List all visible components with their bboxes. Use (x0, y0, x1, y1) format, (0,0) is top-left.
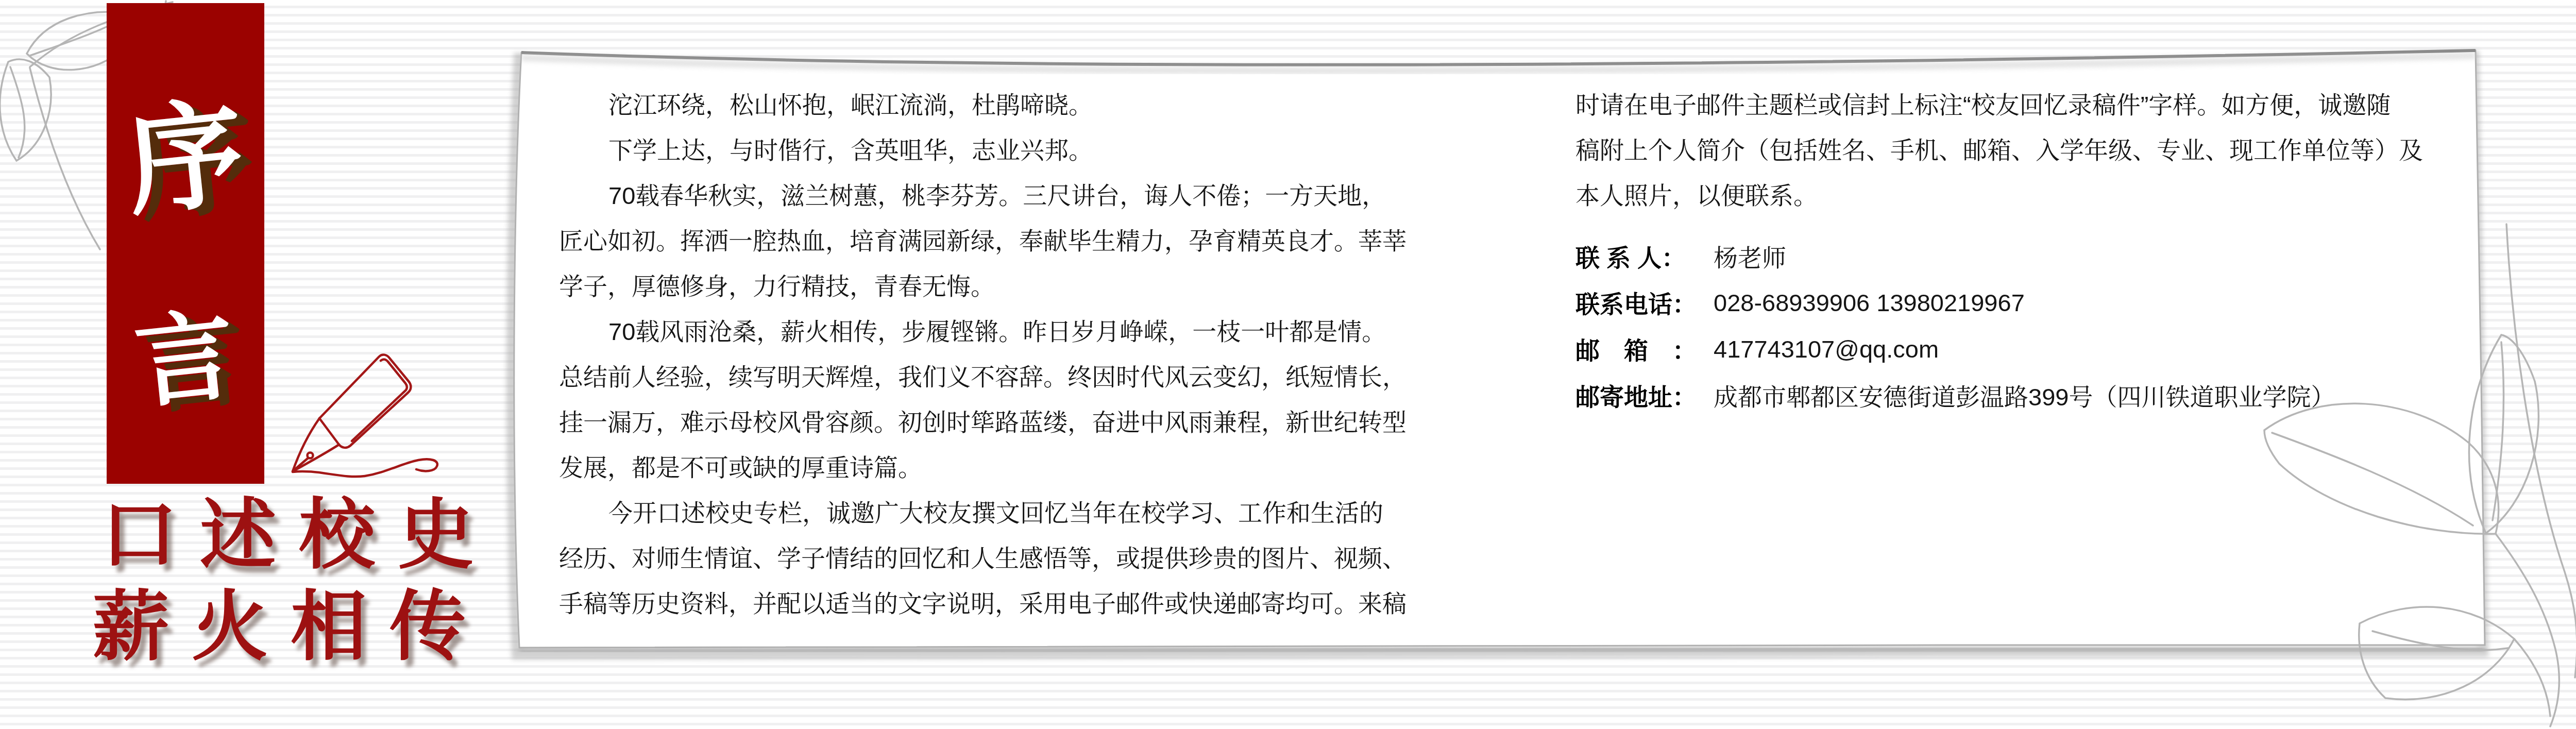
body-line: 学子，厚德修身，力行精技，青春无悔。 (559, 262, 1553, 307)
contact-person-value: 杨老师 (1714, 239, 1786, 274)
body-line: 沱江环绕，松山怀抱，岷江流淌，杜鹃啼晓。 (559, 80, 1553, 126)
leaves-bottom-right-icon (2226, 196, 2576, 729)
body-line: 70载春华秋实，滋兰树蕙，桃李芬芳。三尺讲台，诲人不倦；一方天地， (559, 171, 1553, 216)
body-line: 下学上达，与时偕行，含英咀华，志业兴邦。 (559, 126, 1553, 171)
body-line: 70载风雨沧桑，薪火相传，步履铿锵。昨日岁月峥嵘，一枝一叶都是情。 (559, 307, 1553, 352)
preface-body-left-column: 沱江环绕，松山怀抱，岷江流淌，杜鹃啼晓。 下学上达，与时偕行，含英咀华，志业兴邦… (559, 80, 1553, 624)
contact-phone-label: 联系电话： (1575, 285, 1714, 320)
body-line: 总结前人经验，续写明天辉煌，我们义不容辞。终因时代风云变幻，纸短情长， (559, 352, 1553, 398)
contact-phone-value: 028-68939906 13980219967 (1714, 289, 2025, 317)
contact-email-label: 邮 箱 ： (1575, 332, 1714, 366)
body-line: 今开口述校史专栏，诚邀广大校友撰文回忆当年在校学习、工作和生活的 (559, 488, 1553, 534)
body-line: 经历、对师生情谊、学子情结的回忆和人生感悟等，或提供珍贵的图片、视频、 (559, 534, 1553, 579)
body-line: 挂一漏万，难示母校风骨容颜。初创时筚路蓝缕，奋进中风雨兼程，新世纪转型 (559, 398, 1553, 443)
contact-email-value: 417743107@qq.com (1714, 335, 1939, 363)
poster-canvas: { "banner": { "char_top": "序", "char_bot… (0, 0, 2576, 729)
body-line: 稿附上个人简介（包括姓名、手机、邮箱、入学年级、专业、现工作单位等）及 (1575, 126, 2482, 171)
body-line: 发展，都是不可或缺的厚重诗篇。 (559, 443, 1553, 488)
body-line: 时请在电子邮件主题栏或信封上标注“校友回忆录稿件”字样。如方便，诚邀随 (1575, 80, 2482, 126)
body-line: 匠心如初。挥洒一腔热血，培育满园新绿，奉献毕生精力，孕育精英良才。莘莘 (559, 216, 1553, 262)
contact-address-label: 邮寄地址： (1575, 378, 1714, 413)
contact-person-label: 联 系 人： (1575, 239, 1714, 274)
body-line: 手稿等历史资料，并配以适当的文字说明，采用电子邮件或快递邮寄均可。来稿 (559, 579, 1553, 624)
